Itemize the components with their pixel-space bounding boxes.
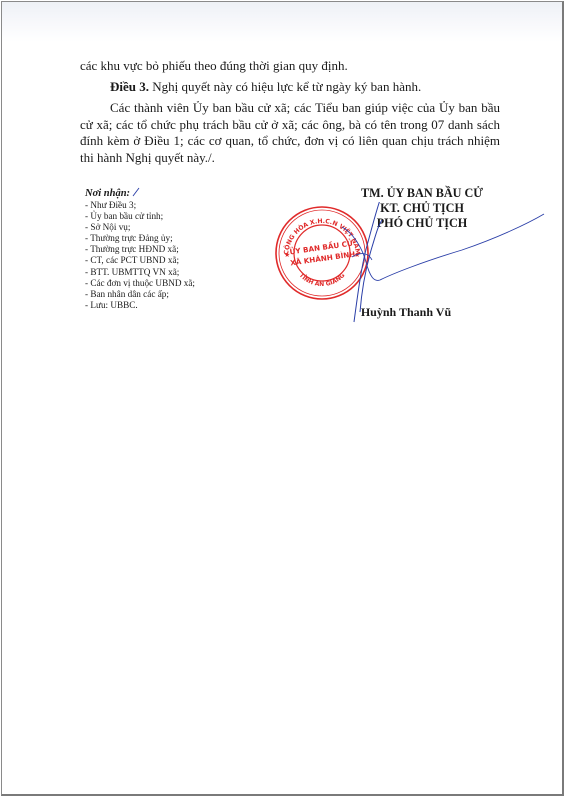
recipient-item: - BTT. UBMTTQ VN xã; [85,267,195,278]
signer-name: Huỳnh Thanh Vũ [302,305,510,320]
article-3-text: Nghị quyết này có hiệu lực kể từ ngày ký… [149,79,421,94]
recipient-item: - Ban nhân dân các ấp; [85,289,195,300]
recipient-item: - Thường trực Đảng ủy; [85,233,195,244]
signature-title-line1: TM. ỦY BAN BẦU CỬ [302,186,542,201]
recipient-item: - Như Điều 3; [85,200,195,211]
recipients-title: Nơi nhận: [85,186,195,200]
recipient-item: - Lưu: UBBC. [85,300,195,311]
recipients-list: - Như Điều 3; - Ủy ban bầu cử tỉnh; - Sở… [85,200,195,311]
recipients-block: Nơi nhận: - Như Điều 3; - Ủy ban bầu cử … [85,186,195,311]
article-3-label: Điều 3. [110,79,149,94]
document-page: các khu vực bỏ phiếu theo đúng thời gian… [1,1,564,796]
recipient-item: - Ủy ban bầu cử tỉnh; [85,211,195,222]
paragraph-article-3: Điều 3. Nghị quyết này có hiệu lực kể từ… [80,79,500,96]
recipient-item: - Thường trực HĐND xã; [85,244,195,255]
paragraph-voting-areas: các khu vực bỏ phiếu theo đúng thời gian… [80,58,500,75]
recipient-item: - Sở Nội vụ; [85,222,195,233]
paragraph-responsibility: Các thành viên Ủy ban bầu cử xã; các Tiể… [80,100,500,166]
recipient-item: - CT, các PCT UBND xã; [85,255,195,266]
pen-check-icon [132,187,140,197]
recipient-item: - Các đơn vị thuộc UBND xã; [85,278,195,289]
